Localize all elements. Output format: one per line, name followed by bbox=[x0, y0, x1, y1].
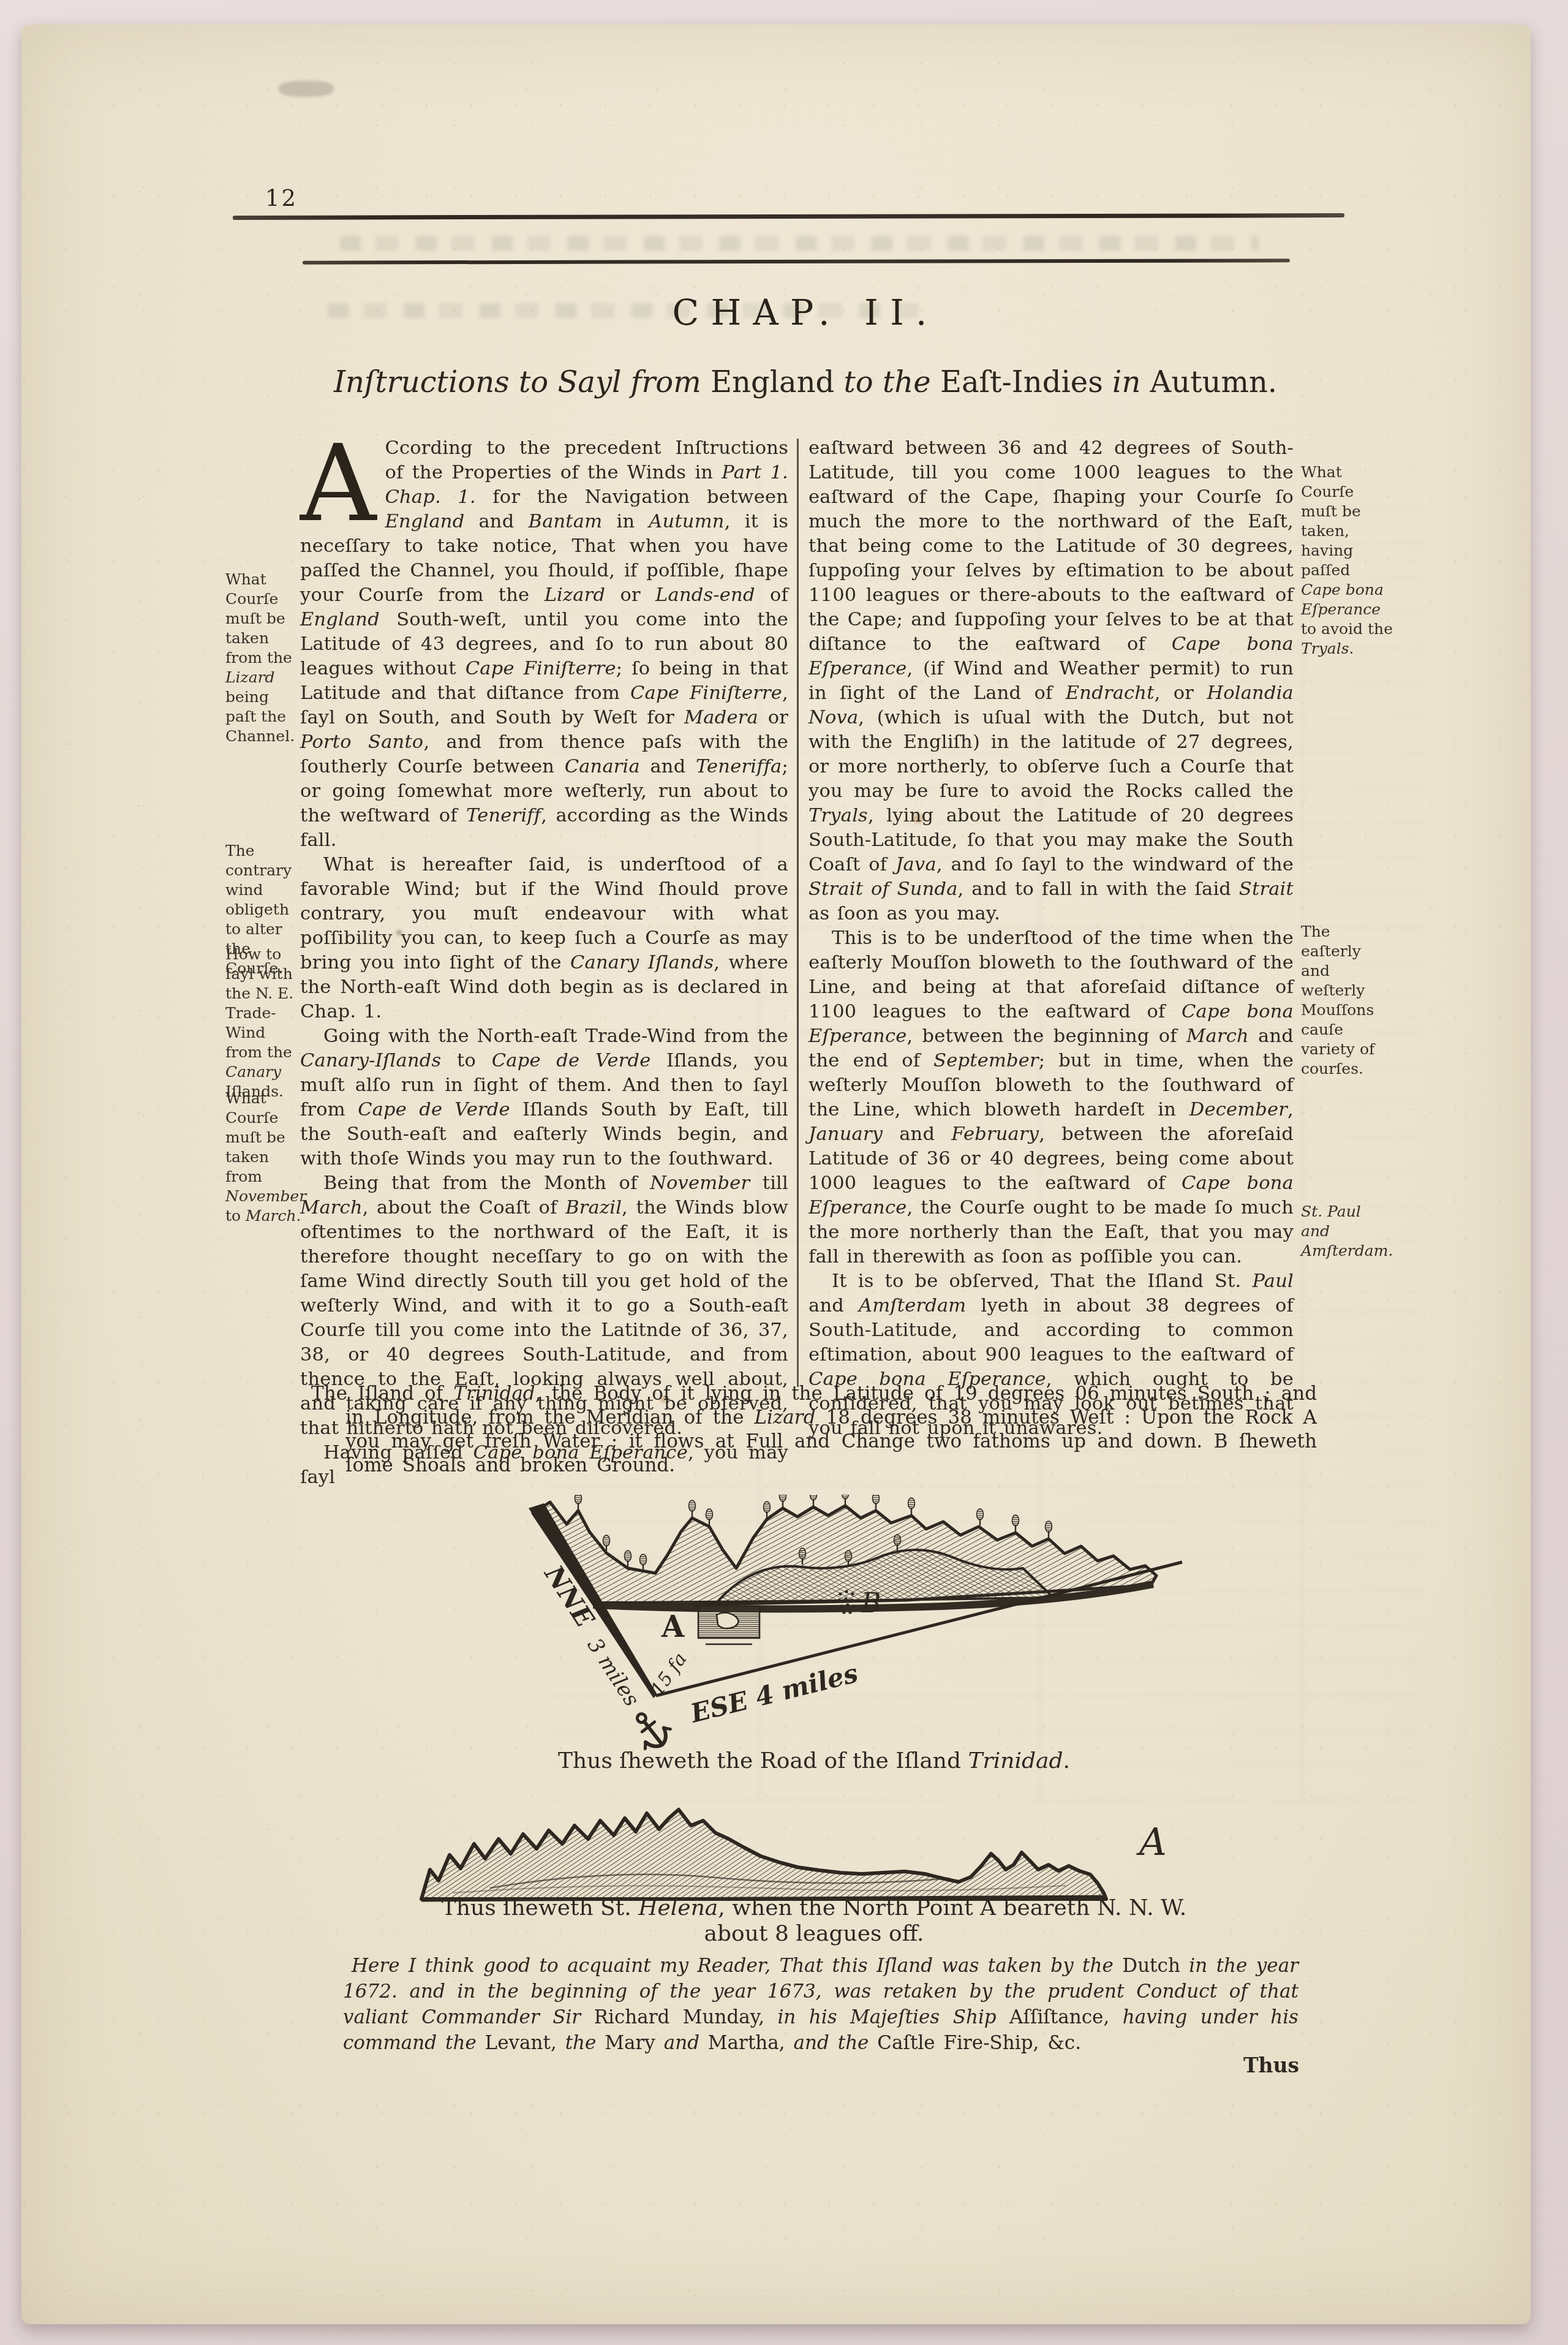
paragraph: The Iſland of Trinidad, the Body of it l… bbox=[311, 1382, 1317, 1478]
paragraph: Going with the North-eaſt Trade-Wind fro… bbox=[300, 1024, 788, 1171]
anchor-icon bbox=[627, 1705, 675, 1754]
caption-line-1: Thus ſheweth St. Helena, when the North … bbox=[311, 1895, 1317, 1921]
bleedthrough-line bbox=[340, 236, 1259, 251]
distance-label-3-miles: 3 miles bbox=[582, 1634, 644, 1711]
st-helena-woodcut: A bbox=[417, 1801, 1188, 1911]
chapter-heading: CHAP. II. bbox=[279, 293, 1332, 333]
paragraph: ACcording to the precedent Inſtructions … bbox=[300, 436, 788, 853]
paragraph: What is hereafter ſaid, is underſtood of… bbox=[300, 853, 788, 1024]
north-point-a-label: A bbox=[1136, 1819, 1167, 1864]
bearing-label-ese-4-miles: ESE 4 miles bbox=[687, 1658, 861, 1729]
paragraph: eaſtward between 36 and 42 degrees of So… bbox=[809, 436, 1294, 926]
trinidad-position-note: The Iſland of Trinidad, the Body of it l… bbox=[311, 1382, 1317, 1478]
column-divider-rule bbox=[797, 439, 799, 1387]
header-rule-top bbox=[233, 213, 1344, 220]
chapter-subtitle: Inſtructions to Sayl from England to the… bbox=[279, 365, 1332, 399]
point-b-label: B bbox=[861, 1588, 881, 1619]
trinidad-woodcut: NNE 3 miles ESE 4 miles 15 fa A B bbox=[514, 1495, 1188, 1770]
catchword: Thus bbox=[1243, 2053, 1299, 2077]
st-helena-caption: Thus ſheweth St. Helena, when the North … bbox=[311, 1895, 1317, 1947]
closing-note: Here I think good to acquaint my Reader,… bbox=[343, 1953, 1298, 2056]
text-column-right: eaſtward between 36 and 42 degrees of So… bbox=[809, 436, 1294, 1441]
paragraph: This is to be underſtood of the time whe… bbox=[809, 926, 1294, 1269]
island-profile bbox=[421, 1810, 1106, 1900]
sidenote-avoid-tryals: What Courſe muſt be taken, having paſſed… bbox=[1301, 463, 1393, 659]
caption-line-2: about 8 leagues off. bbox=[311, 1921, 1317, 1947]
sounding-label-15-fathoms: 15 fa bbox=[647, 1649, 692, 1700]
drop-cap: A bbox=[300, 436, 385, 529]
text-column-left: ACcording to the precedent Inſtructions … bbox=[300, 436, 788, 1490]
sidenote-moussons: The eaſterly and weſterly Mouſſons cauſe… bbox=[1301, 922, 1393, 1079]
sidenote-ne-trade-wind: How to ſayl with the N. E. Trade-Wind fr… bbox=[225, 945, 303, 1101]
point-a-label: A bbox=[661, 1610, 685, 1644]
mountain-ridge bbox=[533, 1495, 1156, 1613]
scan-background: { "colors":{"background":"#e3d6d5","pape… bbox=[0, 0, 1568, 2345]
smudge bbox=[279, 81, 334, 97]
paragraph: Here I think good to acquaint my Reader,… bbox=[343, 1953, 1298, 2056]
header-rule-second bbox=[303, 259, 1290, 264]
trinidad-caption: Thus ſheweth the Road of the Iſland Trin… bbox=[311, 1748, 1317, 1773]
rock-sketch bbox=[698, 1606, 759, 1644]
sidenote-st-paul-amsterdam: St. Paul and Amſterdam. bbox=[1301, 1202, 1393, 1261]
sidenote-course-from-lizard: What Courſe muſt be taken from the Lizar… bbox=[225, 570, 303, 746]
page: 12 CHAP. II. Inſtructions to Sayl from E… bbox=[21, 25, 1531, 2324]
sidenote-november-march: What Courſe muſt be taken from November … bbox=[225, 1089, 303, 1226]
page-number: 12 bbox=[265, 185, 298, 211]
